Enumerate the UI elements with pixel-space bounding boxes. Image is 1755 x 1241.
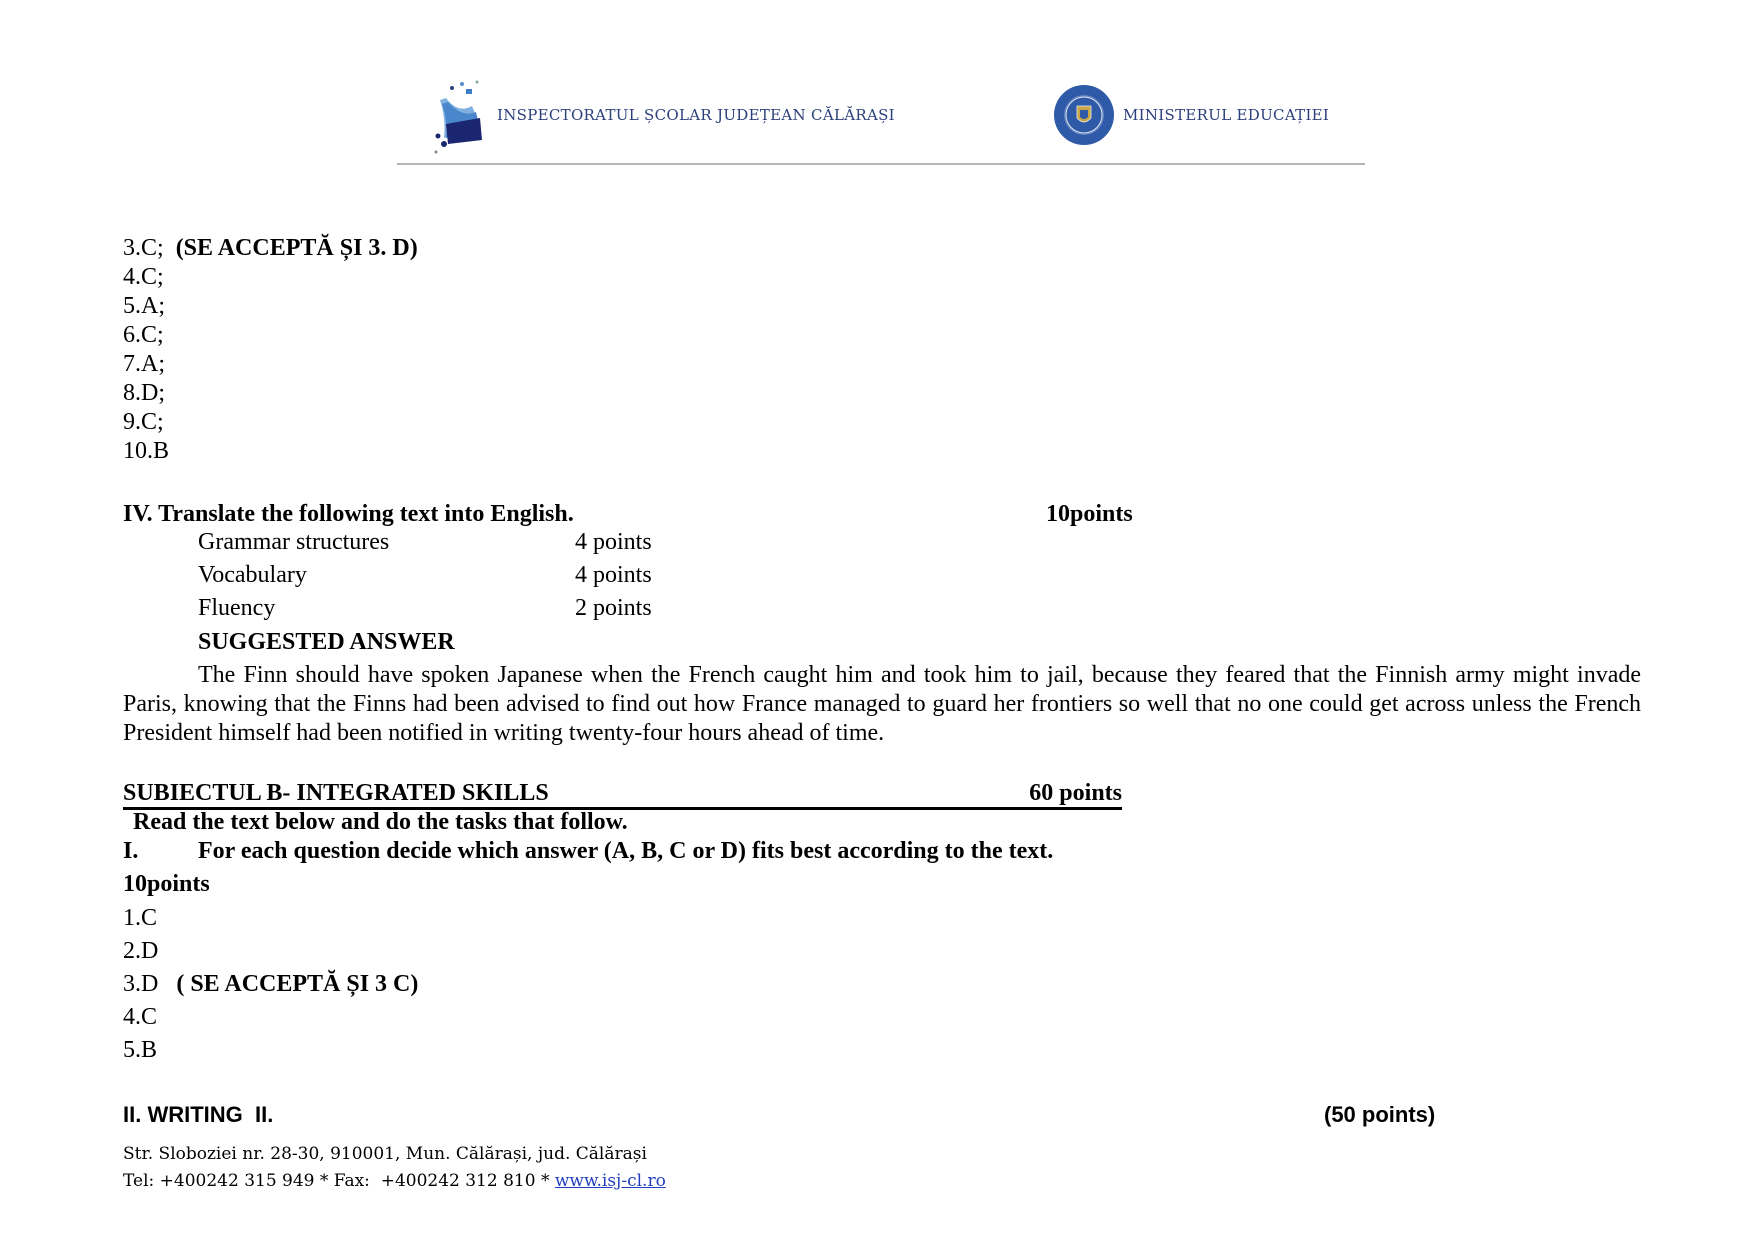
section-iv-title: IV. Translate the following text into En…	[123, 500, 574, 529]
list-item: 3.C; (SE ACCEPTĂ ȘI 3. D)	[123, 234, 418, 263]
task-instruction: For each question decide which answer (A…	[198, 837, 1053, 866]
ministry-logo-text: MINISTERUL EDUCAȚIEI	[1123, 106, 1329, 124]
section-a-answer-list: 3.C; (SE ACCEPTĂ ȘI 3. D) 4.C; 5.A; 6.C;…	[123, 234, 418, 466]
header-divider	[397, 163, 1365, 165]
list-item: 4.C	[123, 1001, 418, 1034]
suggested-answer-text: The Finn should have spoken Japanese whe…	[123, 661, 1641, 748]
footer-contact: Tel: +400242 315 949 * Fax: +400242 312 …	[123, 1168, 666, 1195]
list-item: 2.D	[123, 935, 418, 968]
list-item: 8.D;	[123, 379, 418, 408]
section-b-answer-list: 1.C 2.D 3.D ( SE ACCEPTĂ ȘI 3 C) 4.C 5.B	[123, 902, 418, 1067]
list-item: 6.C;	[123, 321, 418, 350]
section-b-instruction: Read the text below and do the tasks tha…	[133, 808, 628, 837]
criterion-label: Vocabulary	[198, 560, 307, 590]
list-item: 5.A;	[123, 292, 418, 321]
list-item: 5.B	[123, 1034, 418, 1067]
website-link[interactable]: www.isj-cl.ro	[555, 1171, 666, 1191]
writing-title: II. WRITING II.	[123, 1102, 273, 1128]
government-seal-icon	[1053, 84, 1115, 146]
section-iv-points: 10points	[1046, 500, 1133, 529]
suggested-answer-heading: SUGGESTED ANSWER	[198, 628, 455, 657]
list-item: 1.C	[123, 902, 418, 935]
criterion-label: Fluency	[198, 593, 275, 623]
task-number: I.	[123, 837, 138, 866]
isj-logo-icon	[432, 78, 492, 156]
section-b-title: SUBIECTUL B- INTEGRATED SKILLS	[123, 779, 549, 808]
list-item: 4.C;	[123, 263, 418, 292]
list-item: 3.D ( SE ACCEPTĂ ȘI 3 C)	[123, 968, 418, 1001]
list-item: 10.B	[123, 437, 418, 466]
isj-logo-text: INSPECTORATUL ȘCOLAR JUDEȚEAN CĂLĂRAȘI	[497, 106, 895, 124]
task-points: 10points	[123, 870, 210, 899]
footer-address: Str. Sloboziei nr. 28-30, 910001, Mun. C…	[123, 1141, 666, 1168]
writing-points: (50 points)	[1324, 1102, 1435, 1128]
footer: Str. Sloboziei nr. 28-30, 910001, Mun. C…	[123, 1141, 666, 1195]
criterion-label: Grammar structures	[198, 527, 389, 557]
list-item: 7.A;	[123, 350, 418, 379]
list-item: 9.C;	[123, 408, 418, 437]
answer-note: ( SE ACCEPTĂ ȘI 3 C)	[176, 971, 418, 997]
section-b-points: 60 points	[1029, 779, 1122, 808]
criterion-points: 2 points	[575, 593, 652, 623]
criterion-points: 4 points	[575, 527, 652, 557]
section-b-title-row: SUBIECTUL B- INTEGRATED SKILLS 60 points	[123, 779, 1122, 810]
criterion-points: 4 points	[575, 560, 652, 590]
answer-note: (SE ACCEPTĂ ȘI 3. D)	[176, 235, 418, 261]
